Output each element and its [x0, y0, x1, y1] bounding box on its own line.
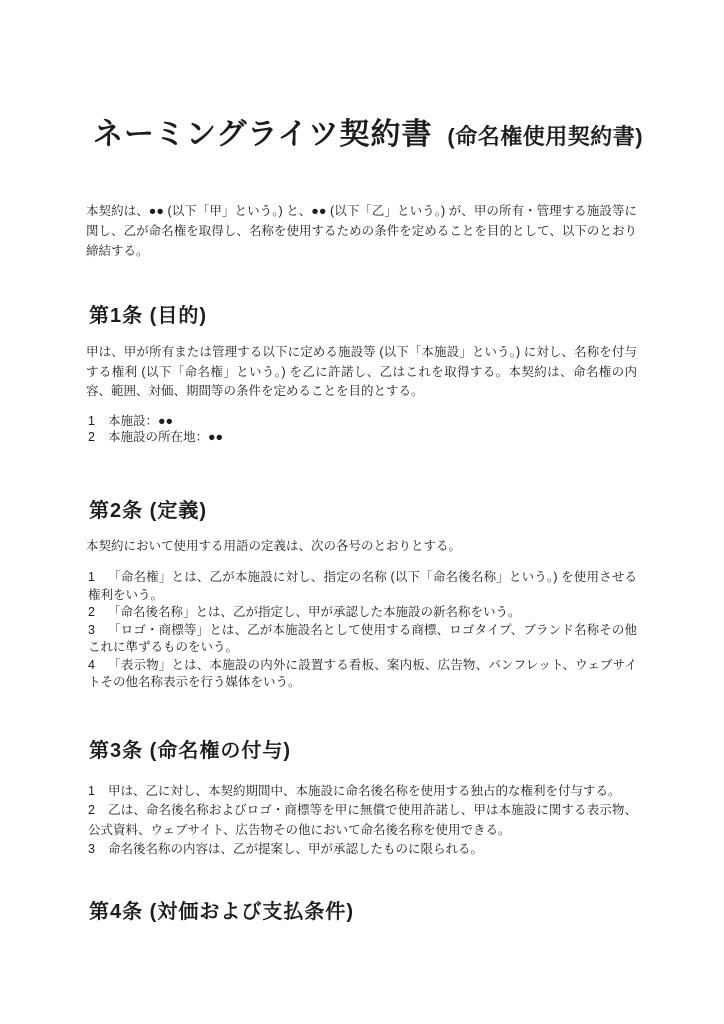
- item-number: 3: [88, 840, 108, 860]
- item-number: 3: [88, 622, 108, 640]
- article-2-body: 本契約において使用する用語の定義は、次の各号のとおりとする。: [86, 537, 637, 557]
- item-text: 「命名権」とは、乙が本施設に対し、指定の名称 (以下「命名後名称」という。) を…: [88, 570, 637, 602]
- item-text: 本施設の所在地：●●: [108, 430, 223, 444]
- clause-item: 4「表示物」とは、本施設の内外に設置する看板、案内板、広告物、パンフレット、ウェ…: [88, 657, 637, 692]
- article-3-heading: 第3条 (命名権の付与): [89, 737, 637, 765]
- article-1-body: 甲は、甲が所有または管理する以下に定める施設等 (以下「本施設」という。) に対…: [86, 343, 637, 402]
- article-2-heading: 第2条 (定義): [89, 497, 637, 525]
- item-number: 1: [88, 569, 108, 587]
- item-number: 2: [88, 429, 108, 446]
- item-text: 甲は、乙に対し、本契約期間中、本施設に命名後名称を使用する独占的な権利を付与する…: [108, 784, 621, 798]
- article-2: 第2条 (定義) 本契約において使用する用語の定義は、次の各号のとおりとする。 …: [86, 497, 637, 692]
- clause-item: 1「命名権」とは、乙が本施設に対し、指定の名称 (以下「命名後名称」という。) …: [88, 569, 637, 604]
- article-3-items: 1甲は、乙に対し、本契約期間中、本施設に命名後名称を使用する独占的な権利を付与す…: [88, 782, 637, 860]
- clause-item: 2本施設の所在地：●●: [88, 429, 637, 446]
- item-number: 2: [88, 801, 108, 821]
- item-number: 1: [88, 413, 108, 430]
- clause-item: 1本施設：●●: [88, 413, 637, 430]
- clause-item: 2乙は、命名後名称およびロゴ・商標等を甲に無償で使用許諾し、甲は本施設に関する表…: [88, 801, 637, 840]
- item-number: 1: [88, 782, 108, 802]
- item-text: 命名後名称の内容は、乙が提案し、甲が承認したものに限られる。: [108, 842, 483, 856]
- item-text: 乙は、命名後名称およびロゴ・商標等を甲に無償で使用許諾し、甲は本施設に関する表示…: [88, 803, 637, 837]
- article-1: 第1条 (目的) 甲は、甲が所有または管理する以下に定める施設等 (以下「本施設…: [86, 302, 637, 446]
- item-text: 「表示物」とは、本施設の内外に設置する看板、案内板、広告物、パンフレット、ウェブ…: [88, 658, 637, 690]
- article-1-heading: 第1条 (目的): [89, 302, 637, 330]
- item-number: 4: [88, 657, 108, 675]
- clause-item: 3命名後名称の内容は、乙が提案し、甲が承認したものに限られる。: [88, 840, 637, 860]
- article-4-heading: 第4条 (対価および支払条件): [89, 898, 637, 926]
- document-title-main: ネーミングライツ契約書: [93, 118, 433, 151]
- document-title: ネーミングライツ契約書 (命名権使用契約書): [93, 113, 637, 157]
- item-number: 2: [88, 604, 108, 622]
- item-text: 「ロゴ・商標等」とは、乙が本施設名として使用する商標、ロゴタイプ、ブランド名称そ…: [88, 623, 637, 655]
- clause-item: 2「命名後名称」とは、乙が指定し、甲が承認した本施設の新名称をいう。: [88, 604, 637, 622]
- clause-item: 1甲は、乙に対し、本契約期間中、本施設に命名後名称を使用する独占的な権利を付与す…: [88, 782, 637, 802]
- item-text: 「命名後名称」とは、乙が指定し、甲が承認した本施設の新名称をいう。: [108, 605, 521, 619]
- article-3: 第3条 (命名権の付与) 1甲は、乙に対し、本契約期間中、本施設に命名後名称を使…: [86, 737, 637, 860]
- item-text: 本施設：●●: [108, 414, 173, 428]
- article-2-items: 1「命名権」とは、乙が本施設に対し、指定の名称 (以下「命名後名称」という。) …: [88, 569, 637, 692]
- document-title-sub: (命名権使用契約書): [447, 124, 643, 149]
- contract-document-page: ネーミングライツ契約書 (命名権使用契約書) 本契約は、●● (以下「甲」という…: [0, 0, 724, 1024]
- article-1-items: 1本施設：●● 2本施設の所在地：●●: [88, 413, 637, 446]
- preamble-paragraph: 本契約は、●● (以下「甲」という。) と、●● (以下「乙」という。) が、甲…: [86, 201, 637, 261]
- clause-item: 3「ロゴ・商標等」とは、乙が本施設名として使用する商標、ロゴタイプ、ブランド名称…: [88, 622, 637, 657]
- article-4: 第4条 (対価および支払条件): [86, 898, 637, 926]
